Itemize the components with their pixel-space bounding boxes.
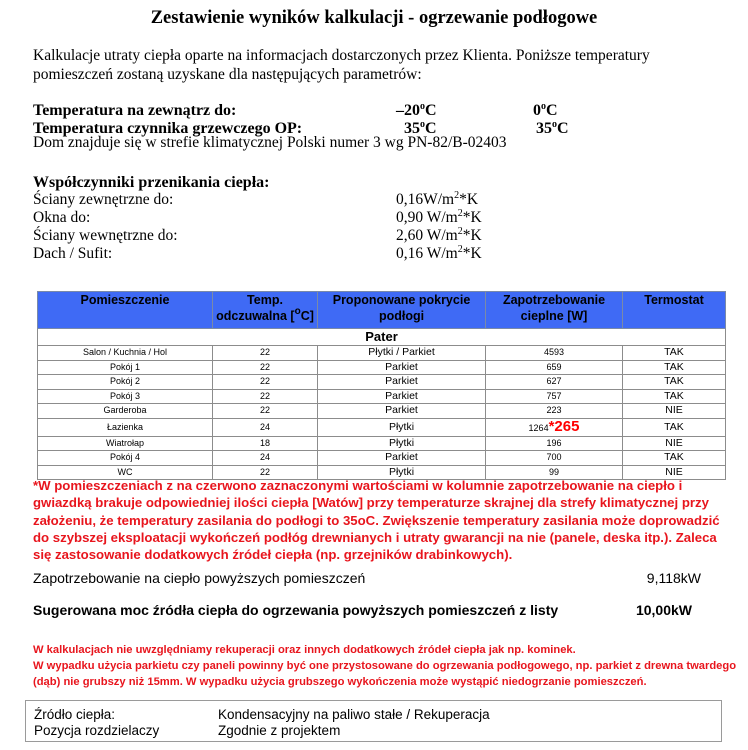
table-row: Pokój 424Parkiet700TAK [38, 451, 726, 466]
coefficient-row: Okna do:0,90 W/m2*K [33, 209, 593, 227]
heat-deficit: *265 [549, 418, 580, 435]
header-heat-demand: Zapotrzebowanie cieplne [W] [486, 292, 623, 329]
floor-covering: Płytki [318, 418, 486, 436]
deficit-warning: *W pomieszczeniach z na czerwono zaznacz… [33, 477, 733, 563]
room-name: Garderoba [38, 404, 213, 419]
suggested-power-value: 10,00kW [636, 602, 692, 618]
room-name: Salon / Kuchnia / Hol [38, 346, 213, 361]
room-name: Pokój 1 [38, 360, 213, 375]
coefficient-value: 0,90 W/m2*K [396, 209, 482, 227]
floor-covering: Płytki [318, 436, 486, 451]
thermostat-value: NIE [623, 436, 726, 451]
thermostat-value: TAK [623, 375, 726, 390]
heat-demand: 1264*265 [486, 418, 623, 436]
table-row: Wiatrołap18Płytki196NIE [38, 436, 726, 451]
room-name: Pokój 4 [38, 451, 213, 466]
table-header-row: Pomieszczenie Temp.odczuwalna [oC] Propo… [38, 292, 726, 329]
total-demand-value: 9,118kW [647, 570, 701, 586]
coefficient-row: Dach / Sufit:0,16 W/m2*K [33, 245, 593, 263]
climate-zone-note: Dom znajduje się w strefie klimatycznej … [33, 134, 507, 152]
param-value-2: 35oC [536, 119, 569, 138]
coefficient-row: Ściany zewnętrzne do:0,16W/m2*K [33, 191, 593, 209]
coefficient-value: 0,16W/m2*K [396, 191, 478, 209]
total-demand-label: Zapotrzebowanie na ciepło powyższych pom… [33, 570, 365, 586]
floor-covering: Parkiet [318, 451, 486, 466]
room-temperature: 22 [213, 375, 318, 390]
heat-demand: 659 [486, 360, 623, 375]
coefficients-title: Współczynniki przenikania ciepła: [33, 174, 269, 192]
room-temperature: 18 [213, 436, 318, 451]
note-parquet: W wypadku użycia parkietu czy paneli pow… [33, 658, 743, 690]
param-value-2: 0oC [533, 101, 558, 120]
header-room: Pomieszczenie [38, 292, 213, 329]
coefficient-label: Ściany wewnętrzne do: [33, 227, 178, 245]
intro-paragraph: Kalkulacje utraty ciepła oparte na infor… [33, 46, 723, 84]
heat-demand: 4593 [486, 346, 623, 361]
heat-demand: 700 [486, 451, 623, 466]
header-thermostat: Termostat [623, 292, 726, 329]
table-row: Salon / Kuchnia / Hol22Płytki / Parkiet4… [38, 346, 726, 361]
page-title: Zestawienie wyników kalkulacji - ogrzewa… [0, 8, 748, 29]
thermostat-value: TAK [623, 389, 726, 404]
thermostat-value: TAK [623, 346, 726, 361]
coefficient-value: 0,16 W/m2*K [396, 245, 482, 263]
manifold-position-value: Zgodnie z projektem [218, 722, 340, 740]
floor-covering: Parkiet [318, 389, 486, 404]
param-value-1: –20oC [396, 101, 437, 120]
room-name: Wiatrołap [38, 436, 213, 451]
manifold-position-label: Pozycja rozdzielaczy [34, 722, 159, 740]
coefficient-label: Okna do: [33, 209, 90, 227]
room-temperature: 22 [213, 404, 318, 419]
group-row: Pater [38, 329, 726, 346]
heat-demand: 627 [486, 375, 623, 390]
floor-group-label: Pater [38, 329, 726, 346]
note-recuperation: W kalkulacjach nie uwzględniamy rekupera… [33, 642, 743, 658]
room-temperature: 24 [213, 418, 318, 436]
floor-covering: Parkiet [318, 375, 486, 390]
thermostat-value: TAK [623, 451, 726, 466]
table-row: Pokój 122Parkiet659TAK [38, 360, 726, 375]
table-row: Pokój 222Parkiet627TAK [38, 375, 726, 390]
thermostat-value: NIE [623, 404, 726, 419]
thermostat-value: TAK [623, 360, 726, 375]
coefficient-value: 2,60 W/m2*K [396, 227, 482, 245]
rooms-table: Pomieszczenie Temp.odczuwalna [oC] Propo… [37, 291, 726, 480]
floor-covering: Płytki / Parkiet [318, 346, 486, 361]
param-label: Temperatura na zewnątrz do: [33, 101, 236, 120]
thermostat-value: TAK [623, 418, 726, 436]
room-temperature: 24 [213, 451, 318, 466]
room-name: Pokój 2 [38, 375, 213, 390]
room-temperature: 22 [213, 360, 318, 375]
floor-covering: Parkiet [318, 404, 486, 419]
header-floor-covering: Proponowane pokrycie podłogi [318, 292, 486, 329]
heat-source-box: Źródło ciepła: Kondensacyjny na paliwo s… [25, 700, 722, 742]
table-row: Łazienka24Płytki1264*265TAK [38, 418, 726, 436]
room-temperature: 22 [213, 389, 318, 404]
table-row: Pokój 322Parkiet757TAK [38, 389, 726, 404]
coefficient-label: Dach / Sufit: [33, 245, 112, 263]
room-name: Łazienka [38, 418, 213, 436]
coefficient-label: Ściany zewnętrzne do: [33, 191, 173, 209]
notes: W kalkulacjach nie uwzględniamy rekupera… [33, 642, 743, 690]
heat-demand: 196 [486, 436, 623, 451]
room-temperature: 22 [213, 346, 318, 361]
room-name: Pokój 3 [38, 389, 213, 404]
floor-covering: Parkiet [318, 360, 486, 375]
suggested-power-label: Sugerowana moc źródła ciepła do ogrzewan… [33, 602, 558, 618]
coefficient-row: Ściany wewnętrzne do:2,60 W/m2*K [33, 227, 593, 245]
heat-demand: 757 [486, 389, 623, 404]
manifold-position-row: Pozycja rozdzielaczy Zgodnie z projektem [34, 722, 714, 740]
heat-demand: 223 [486, 404, 623, 419]
table-row: Garderoba22Parkiet223NIE [38, 404, 726, 419]
header-temperature: Temp.odczuwalna [oC] [213, 292, 318, 329]
